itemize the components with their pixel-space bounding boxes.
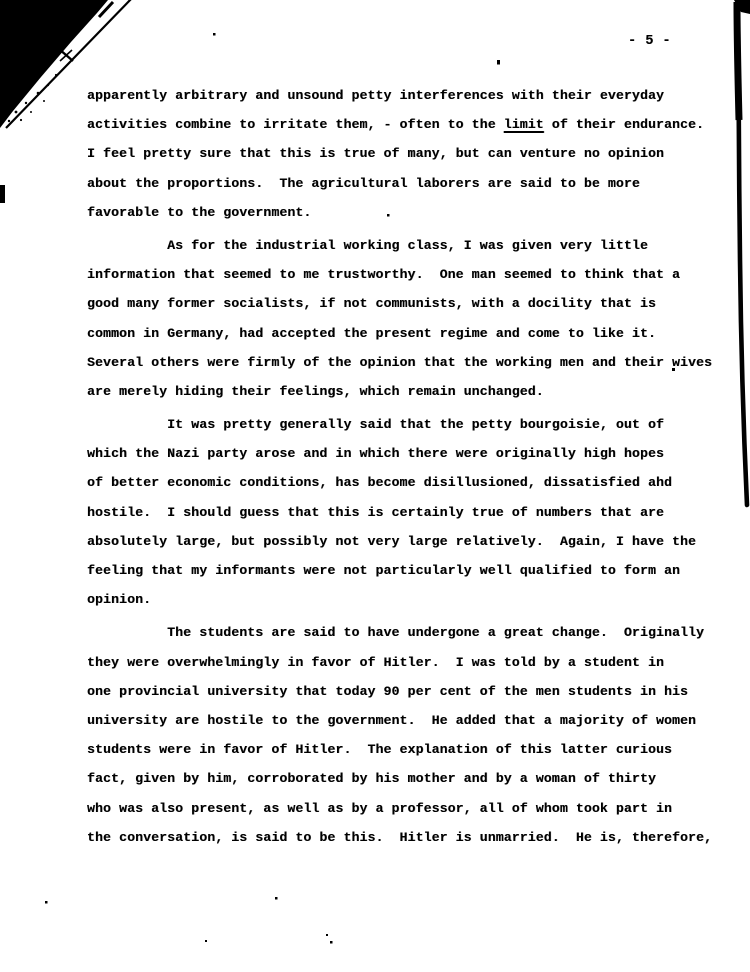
text-line: As for the industrial working class, I w… — [87, 231, 727, 260]
text-line: about the proportions. The agricultural … — [87, 169, 727, 198]
underlined-word: limit — [504, 117, 544, 132]
text-line: opinion. — [87, 585, 727, 614]
text-line: university are hostile to the government… — [87, 706, 727, 735]
text-line: who was also present, as well as by a pr… — [87, 794, 727, 823]
text-line: information that seemed to me trustworth… — [87, 260, 727, 289]
paragraph: The students are said to have undergone … — [87, 618, 727, 852]
text-line: of better economic conditions, has becom… — [87, 468, 727, 497]
text-line: apparently arbitrary and unsound petty i… — [87, 81, 727, 110]
text-line: hostile. I should guess that this is cer… — [87, 498, 727, 527]
page-number: - 5 - — [628, 34, 671, 49]
paragraph: It was pretty generally said that the pe… — [87, 410, 727, 614]
scan-streak-artifact — [734, 0, 750, 505]
text-line: they were overwhelmingly in favor of Hit… — [87, 648, 727, 677]
text-line: are merely hiding their feelings, which … — [87, 377, 727, 406]
text-line: absolutely large, but possibly not very … — [87, 527, 727, 556]
text-line: feeling that my informants were not part… — [87, 556, 727, 585]
text-line: which the Nazi party arose and in which … — [87, 439, 727, 468]
text-line: fact, given by him, corroborated by his … — [87, 764, 727, 793]
scanned-document-page: - 5 - apparently arbitrary and unsound p… — [0, 0, 750, 972]
text-line: Several others were firmly of the opinio… — [87, 348, 727, 377]
text-line: common in Germany, had accepted the pres… — [87, 319, 727, 348]
paragraph: apparently arbitrary and unsound petty i… — [87, 81, 727, 227]
text-segment: activities combine to irritate them, - o… — [87, 117, 504, 132]
text-line: the conversation, is said to be this. Hi… — [87, 823, 727, 852]
text-line: The students are said to have undergone … — [87, 618, 727, 647]
paragraph: As for the industrial working class, I w… — [87, 231, 727, 406]
text-line: It was pretty generally said that the pe… — [87, 410, 727, 439]
text-line: favorable to the government. — [87, 198, 727, 227]
text-line: good many former socialists, if not comm… — [87, 289, 727, 318]
text-line: students were in favor of Hitler. The ex… — [87, 735, 727, 764]
document-text: apparently arbitrary and unsound petty i… — [87, 81, 727, 852]
text-line: one provincial university that today 90 … — [87, 677, 727, 706]
text-segment: of their endurance. — [544, 117, 704, 132]
text-line: activities combine to irritate them, - o… — [87, 110, 727, 139]
edge-blob-artifact — [0, 185, 5, 203]
text-line: I feel pretty sure that this is true of … — [87, 139, 727, 168]
